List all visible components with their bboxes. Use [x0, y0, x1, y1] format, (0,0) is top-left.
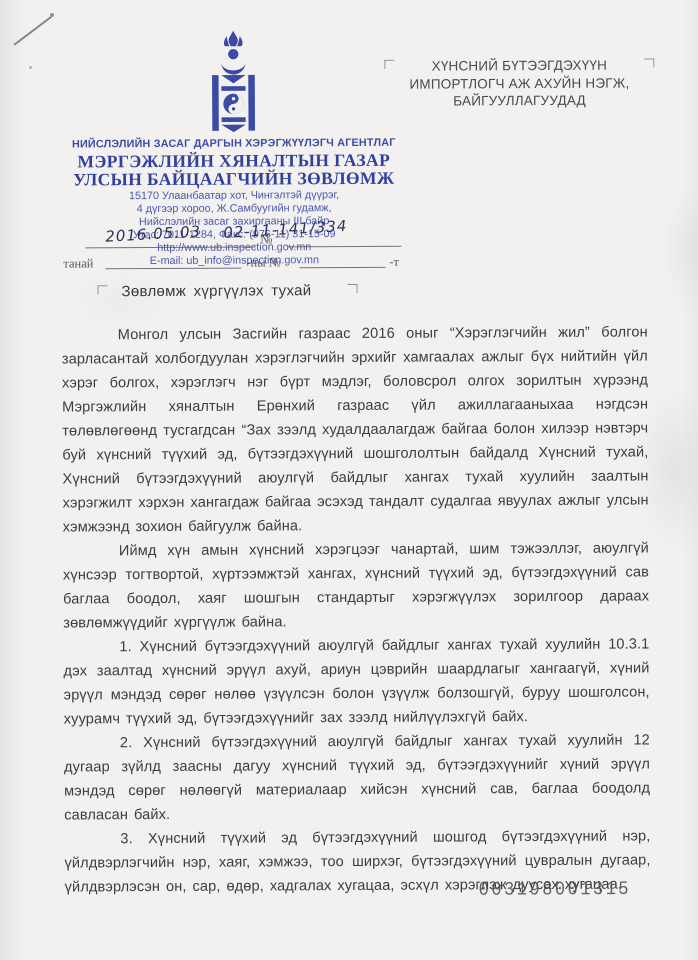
agency-name: НИЙСЛЭЛИЙН ЗАСАГ ДАРГЫН ХЭРЭГЖҮҮЛЭГЧ АГЕ…	[29, 137, 439, 151]
stamp-number: 003198001315	[479, 879, 632, 901]
subject-bracket-left-icon	[97, 285, 107, 294]
subject-line: Зөвлөмж хүргүүлэх тухай	[121, 282, 311, 300]
body-paragraph-4: 2. Хүнсний бүтээгдэхүүний аюулгүй байдлы…	[64, 728, 650, 827]
your-ref-mid-label: -ны №	[246, 255, 280, 270]
recipient-line: ХҮНСНИЙ БҮТЭЭГДЭХҮҮН	[388, 56, 650, 75]
letter-body: Монгол улсын Засгийн газраас 2016 оныг “…	[62, 320, 651, 899]
your-ref-underline-1	[105, 268, 241, 270]
subject-bracket-right-icon	[347, 284, 357, 293]
recipient-line: БАЙГУУЛЛАГУУДАД	[388, 91, 650, 110]
soyombo-emblem-icon	[205, 28, 262, 137]
recipient-block: ХҮНСНИЙ БҮТЭЭГДЭХҮҮН ИМПОРТЛОГЧ АЖ АХУЙН…	[388, 56, 650, 110]
body-paragraph-1: Монгол улсын Засгийн газраас 2016 оныг “…	[62, 320, 649, 539]
body-paragraph-2: Иймд хүн амын хүнсний хэрэгцээг чанартай…	[63, 536, 649, 635]
your-ref-suffix-label: -т	[389, 255, 399, 270]
your-ref-underline-2	[299, 267, 385, 268]
your-ref-label: танай	[63, 256, 93, 271]
body-paragraph-3: 1. Хүнсний бүтээгдэхүүний аюулгүй байдлы…	[63, 632, 649, 731]
recipient-line: ИМПОРТЛОГЧ АЖ АХУЙН НЭГЖ,	[388, 74, 650, 93]
document-type-title: УЛСЫН БАЙЦААГЧИЙН ЗӨВЛӨМЖ	[29, 168, 439, 191]
scanned-letter-page: НИЙСЛЭЛИЙН ЗАСАГ ДАРГЫН ХЭРЭГЖҮҮЛЭГЧ АГЕ…	[0, 0, 698, 960]
